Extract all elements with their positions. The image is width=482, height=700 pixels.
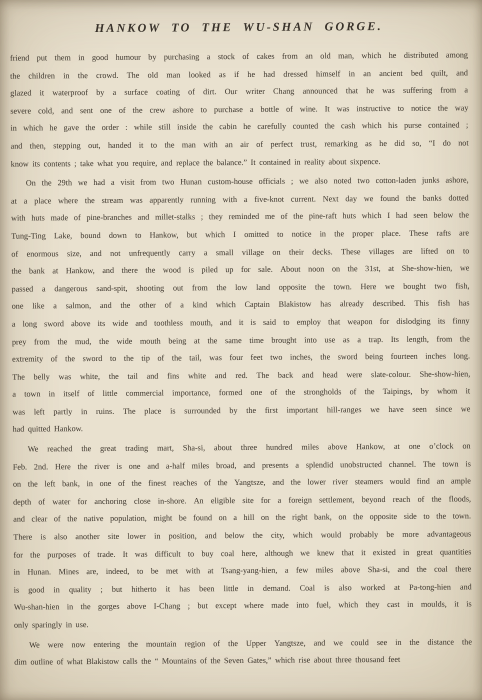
text-line: severecold,andsentoneofthecrewashoretopu… bbox=[10, 99, 468, 120]
paragraph: friendputthemingoodhumourbypurchasingast… bbox=[10, 46, 469, 172]
text-line: wasleftpartlyinruins.Theplaceissurrounde… bbox=[12, 400, 470, 421]
text-line: alongswordaboveitswideandtoothlessmouth,… bbox=[12, 312, 470, 333]
page-content: HANKOW TO THE WU-SHAN GORGE. friendputth… bbox=[10, 12, 473, 671]
text-line: depthofwaterforanchoringclosein-shore.An… bbox=[13, 490, 471, 511]
paragraph: Wereachedthegreattradingmart,Sha-si,abou… bbox=[13, 437, 472, 634]
text-line: andthen,steppingout,handedittothemanwith… bbox=[11, 134, 469, 155]
paragraph: Onthe29thwehadavisitfromtwoHunancustom-h… bbox=[11, 172, 471, 439]
text-line: inHunan.Minesare,indeed,tobemetwithatTsa… bbox=[14, 561, 472, 582]
text-line: Onthe29thwehadavisitfromtwoHunancustom-h… bbox=[11, 172, 469, 193]
page-heading: HANKOW TO THE WU-SHAN GORGE. bbox=[10, 18, 468, 36]
text-line: Tung-TingLake,bounddowntoHankow,butwhich… bbox=[11, 224, 469, 245]
book-page: HANKOW TO THE WU-SHAN GORGE. friendputth… bbox=[0, 0, 482, 700]
paragraph: WewerenowenteringthemountainregionoftheU… bbox=[14, 633, 472, 671]
text-line: dim outline of what Blakistow calls the … bbox=[14, 651, 472, 672]
text-line: thechildreninthecrowd.Theoldmanlookedasi… bbox=[10, 64, 468, 85]
text-block: friendputthemingoodhumourbypurchasingast… bbox=[10, 46, 472, 671]
text-line: thebankatHankow,andtherethewoodispiledup… bbox=[11, 260, 469, 281]
text-line: had quitted Hankow. bbox=[13, 418, 471, 439]
text-line: only sparingly in use. bbox=[14, 613, 472, 634]
text-line: know its contents ; take what you requir… bbox=[11, 152, 469, 173]
